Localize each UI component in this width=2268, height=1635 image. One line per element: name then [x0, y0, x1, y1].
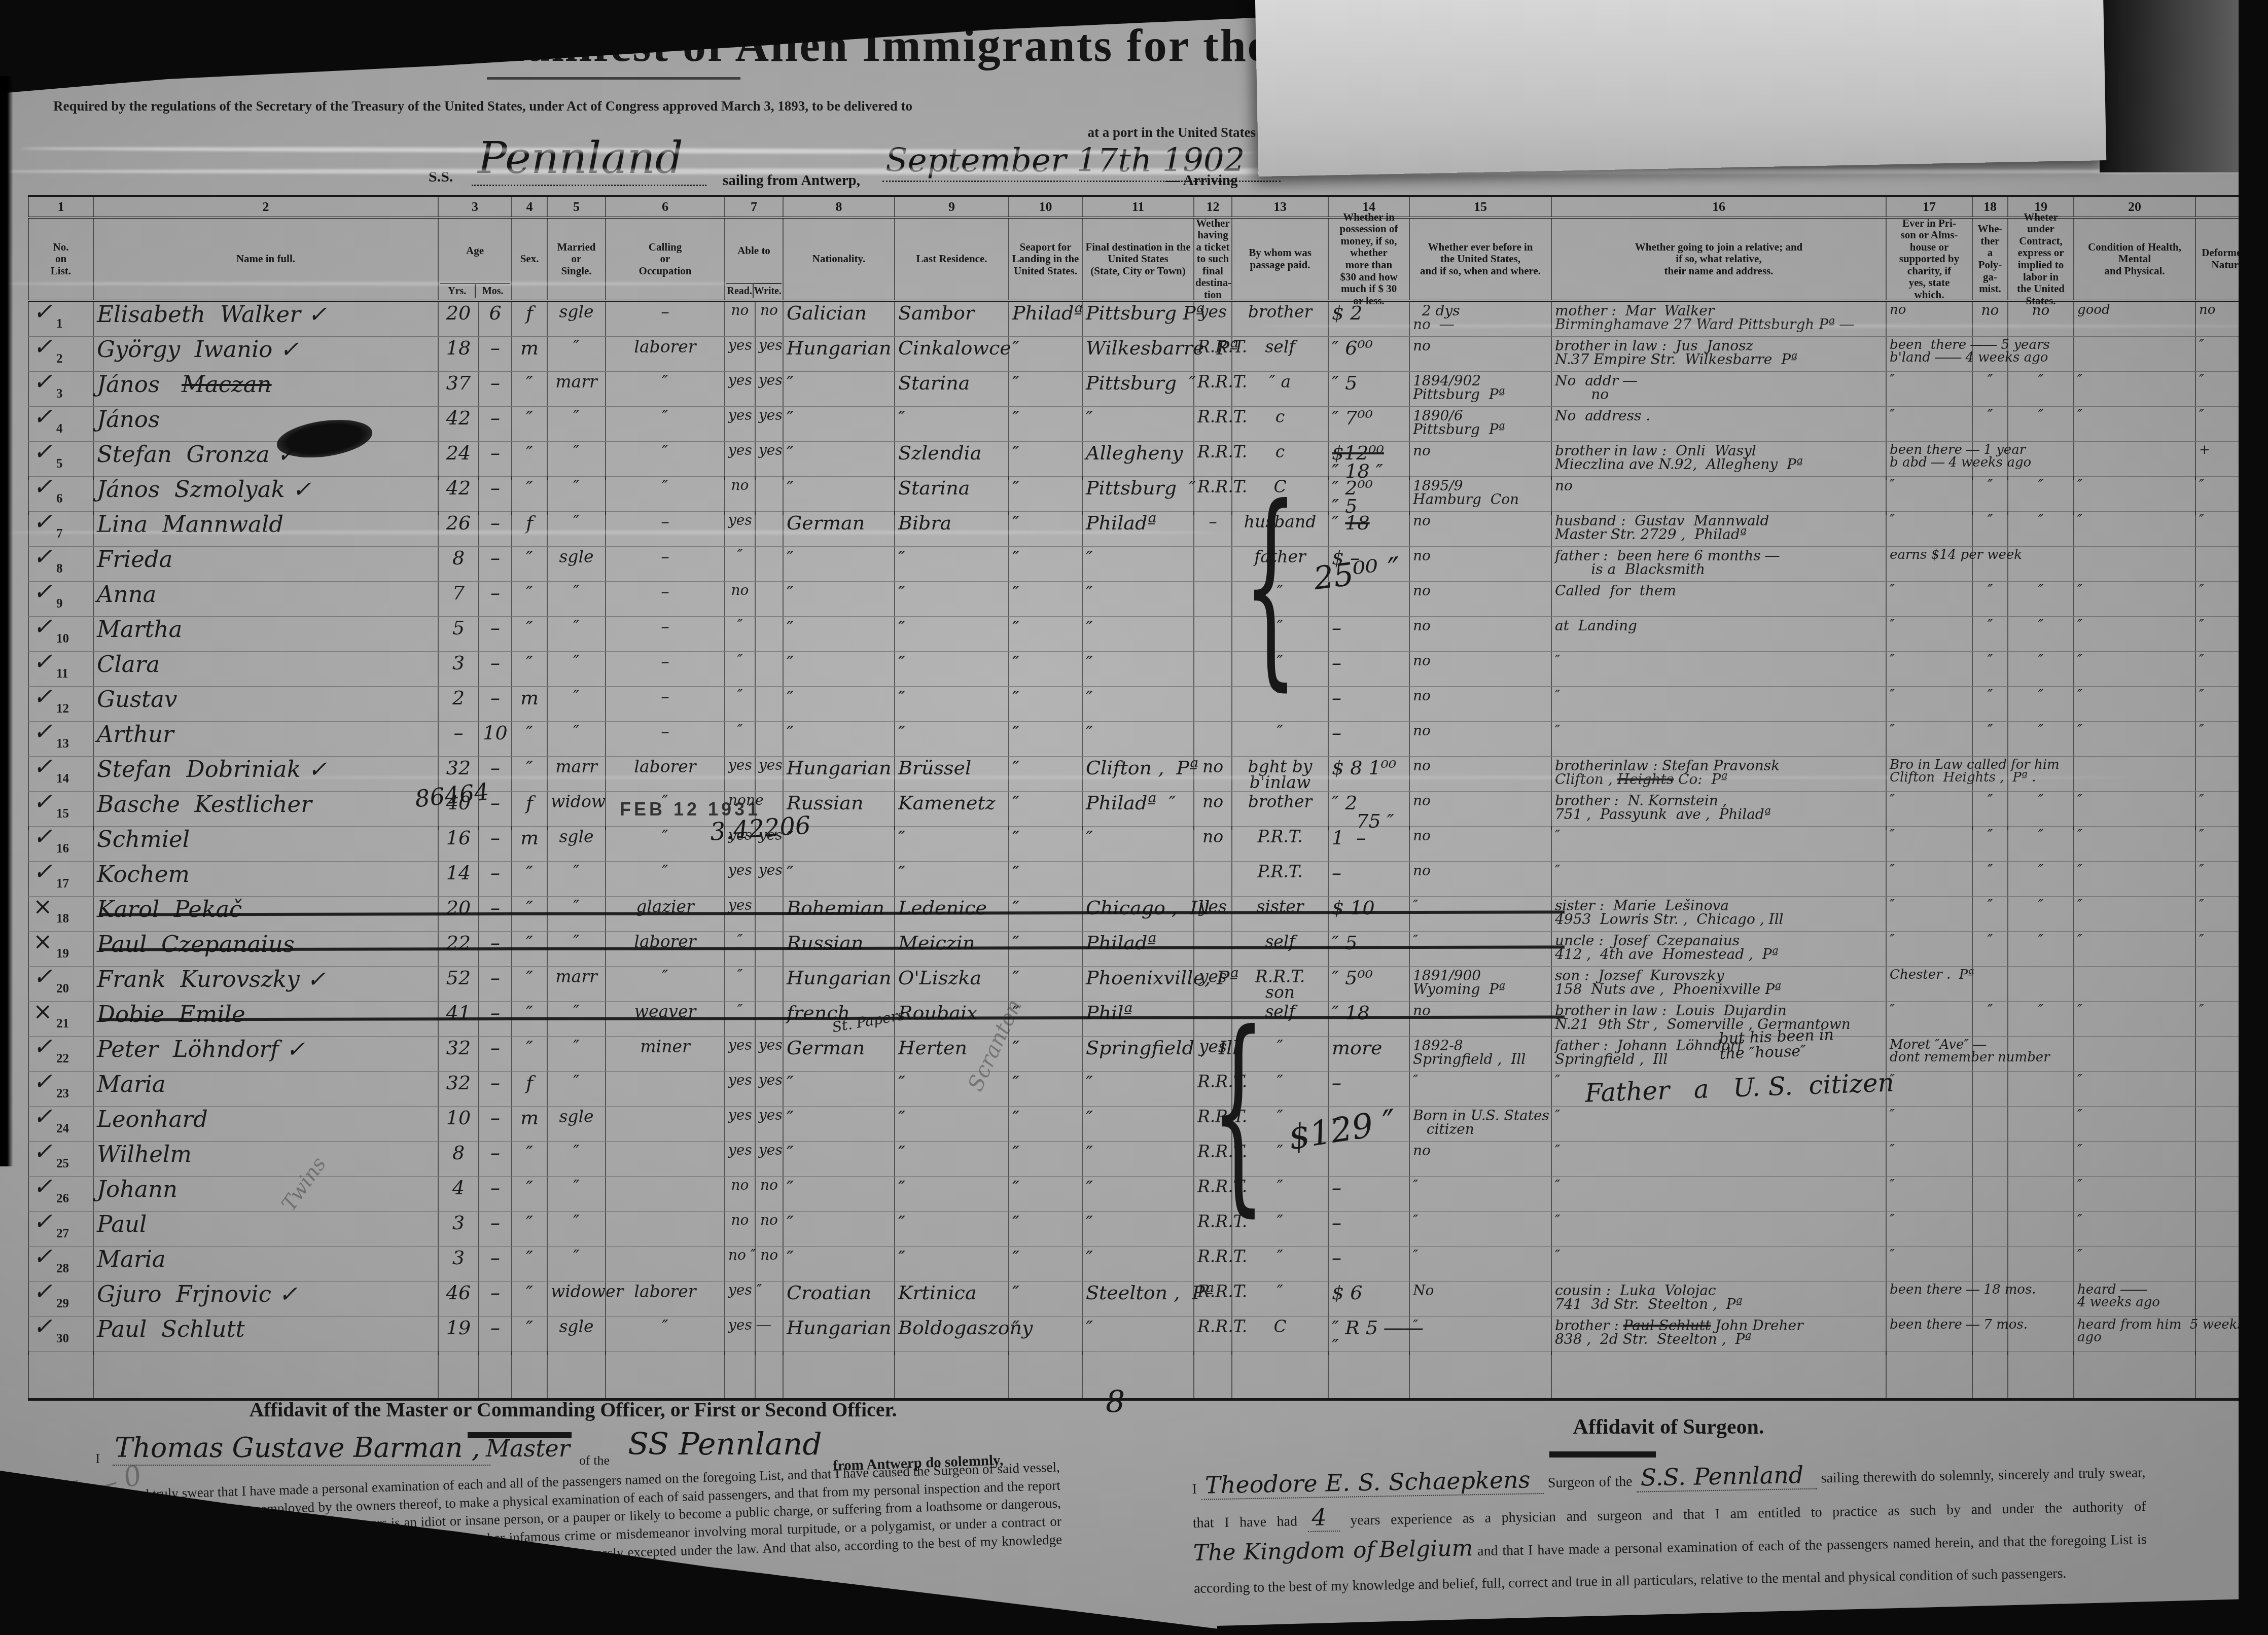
surgeon-rule-mark: [1549, 1451, 1656, 1458]
st-papers-note: St. Papers: [831, 1008, 906, 1035]
handwritten-overlays: {25⁰⁰ ″{$129 ″86464FEB 12 19313.42206St.…: [0, 0, 2268, 1635]
pencil-twins: Twins: [278, 1154, 330, 1215]
money-129-note: $129 ″: [1286, 1105, 1398, 1155]
been-in-house-note: but his been in the ″house″: [1719, 1027, 1834, 1062]
scan-dark-edge-left: [0, 76, 13, 1166]
scan-streak: [0, 530, 1217, 535]
money-25-note: 25⁰⁰ ″: [1312, 553, 1402, 594]
number-342206: 3.42206: [710, 813, 811, 844]
scan-dark-edge-right: [2239, 0, 2268, 1635]
family-brace-1: {: [1244, 484, 1298, 687]
manifest-scan: List or Manifest of Alien Immigrants for…: [0, 0, 2268, 1635]
father-citizen-note: Father a U. S. citizen: [1584, 1070, 1894, 1106]
scan-streak: [0, 282, 761, 286]
page-number-8: 8: [1106, 1387, 1125, 1417]
overlaid-paper: [1255, 0, 2107, 176]
scan-streak: [0, 168, 2262, 174]
manifest-sheet: List or Manifest of Alien Immigrants for…: [0, 0, 2268, 1635]
ink-blot: [274, 414, 375, 463]
scan-streak: [1258, 325, 2267, 328]
number-86464: 86464: [414, 779, 490, 810]
master-rule-mark: [468, 1432, 572, 1438]
pencil-scranton: Scranton: [965, 996, 1025, 1094]
family-brace-2: {: [1211, 1010, 1265, 1213]
scan-streak: [152, 776, 2130, 779]
